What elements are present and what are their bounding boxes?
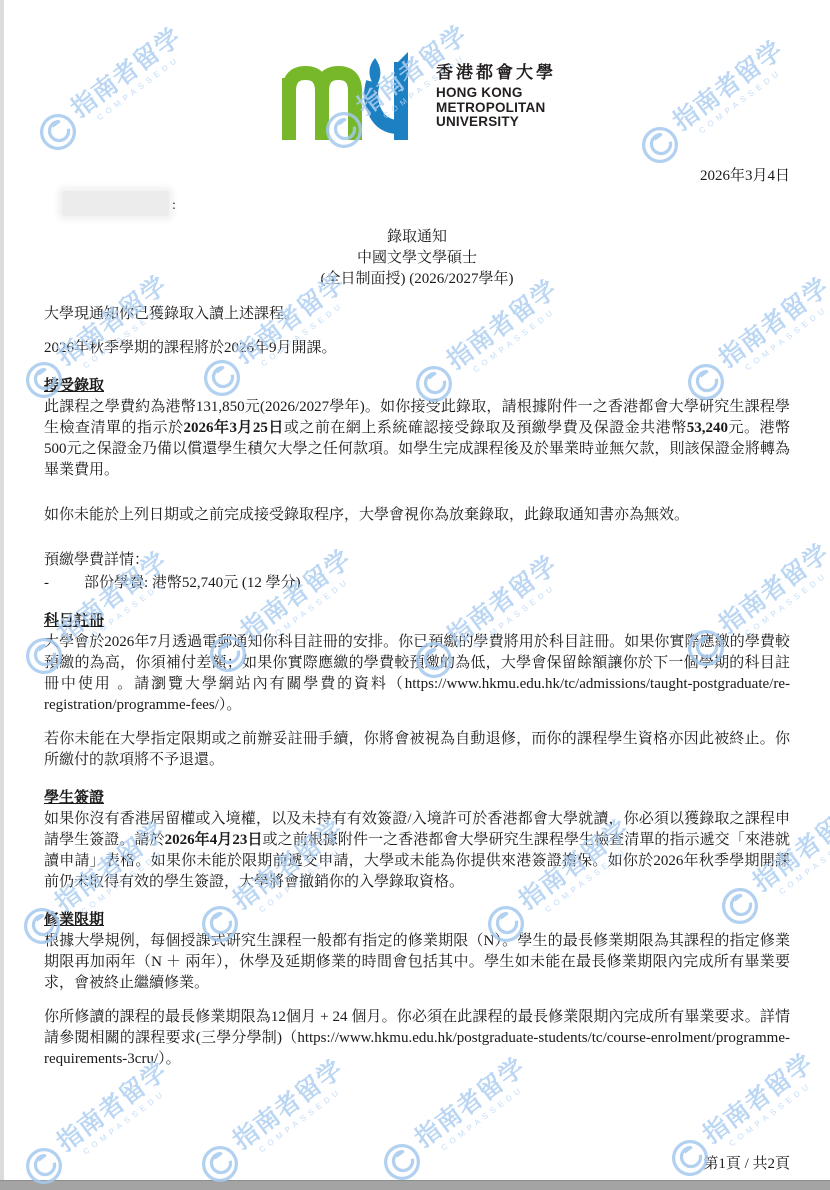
text-run-group: 大學會於2026年7月透過電郵通知你科目註冊的安排。你已預繳的學費將用於科目註冊… — [44, 634, 790, 713]
watermark-text: 指南者留学COMPASSEDU — [229, 1056, 355, 1163]
letter-date: 2026年3月4日 — [44, 166, 790, 187]
page-bottom-edge — [0, 1180, 830, 1190]
emphasized-text: 2026年3月25日 — [183, 420, 283, 436]
text-run: 科目註冊 — [44, 613, 104, 629]
emphasized-text: 2026年4月23日 — [165, 832, 263, 848]
letter-body: 大學現通知你已獲錄取入讀上述課程。2026年秋季學期的課程將於2026年9月開課… — [44, 304, 790, 1070]
text-run-group: 部份學費: 港幣52,740元 (12 學分) — [84, 573, 301, 594]
text-run: 預繳學費詳情： — [44, 552, 149, 568]
paragraph: 大學現通知你已獲錄取入讀上述課程。 — [44, 304, 790, 325]
text-run-group: 此課程之學費約為港幣131,850元(2026/2027學年)。如你接受此錄取，… — [44, 399, 790, 478]
letter-content: 2026年3月4日 : 錄取通知 中國文學文學碩士 (全日制面授) (2026/… — [0, 166, 830, 1070]
text-run-group: 接受錄取 — [44, 378, 104, 394]
text-run: 若你未能在大學指定限期或之前辦妥註冊手續，你將會被視為自動退修，而你的課程學生資… — [44, 731, 790, 768]
programme-name: 中國文學文學碩士 — [44, 248, 790, 269]
watermark-unit: 指南者留学COMPASSEDU — [192, 1055, 356, 1190]
text-run: 大學現通知你已獲錄取入讀上述課程。 — [44, 306, 299, 322]
university-header: 香港都會大學 HONG KONG METROPOLITAN UNIVERSITY — [0, 48, 830, 140]
text-run: 如你未能於上列日期或之前完成接受錄取程序，大學會視你為放棄錄取，此錄取通知書亦為… — [44, 507, 689, 523]
university-name-en-line3: UNIVERSITY — [436, 115, 556, 130]
text-run-group: 修業限期 — [44, 912, 104, 928]
text-run: 大學會於2026年7月透過電郵通知你科目註冊的安排。你已預繳的學費將用於科目註冊… — [44, 634, 790, 713]
letter-title: 錄取通知 — [44, 227, 790, 248]
university-name-en-line1: HONG KONG — [436, 86, 556, 101]
text-run-group: 你所修讀的課程的最長修業期限為12個月 + 24 個月。你必須在此課程的最長修業… — [44, 1009, 790, 1067]
watermark-text-en: COMPASSEDU — [728, 1073, 825, 1149]
text-run: 學生簽證 — [44, 790, 104, 806]
text-run-group: 科目註冊 — [44, 613, 104, 629]
paragraph: 此課程之學費約為港幣131,850元(2026/2027學年)。如你接受此錄取，… — [44, 397, 790, 481]
paragraph: 如果你沒有香港居留權或入境權，以及未持有有效簽證/入境許可於香港都會大學就讀，你… — [44, 809, 790, 893]
redacted-recipient-name — [62, 191, 169, 216]
watermark-unit: 指南者留学COMPASSEDU — [374, 1053, 538, 1190]
section-heading: 科目註冊 — [44, 611, 790, 632]
section-heading: 修業限期 — [44, 910, 790, 931]
text-run: 你所修讀的課程的最長修業期限為12個月 + 24 個月。你必須在此課程的最長修業… — [44, 1009, 790, 1067]
paragraph: 大學會於2026年7月透過電郵通知你科目註冊的安排。你已預繳的學費將用於科目註冊… — [44, 632, 790, 716]
watermark-text: 指南者留学COMPASSEDU — [411, 1054, 537, 1161]
watermark-text-en: COMPASSEDU — [82, 1081, 179, 1157]
watermark-text-cn: 指南者留学 — [229, 1056, 348, 1154]
paragraph: 若你未能在大學指定限期或之前辦妥註冊手續，你將會被視為自動退修，而你的課程學生資… — [44, 729, 790, 771]
section-heading: 接受錄取 — [44, 376, 790, 397]
list-dash: - — [44, 573, 84, 594]
watermark-text-cn: 指南者留学 — [53, 1058, 172, 1156]
paragraph: 預繳學費詳情： — [44, 550, 790, 571]
hkmu-logo-mark — [274, 48, 426, 140]
paragraph: 根據大學規例，每個授課式研究生課程一般都有指定的修業期限（N）。學生的最長修業期… — [44, 931, 790, 994]
emphasized-text: 53,240 — [687, 420, 728, 436]
paragraph: 如你未能於上列日期或之前完成接受錄取程序，大學會視你為放棄錄取，此錄取通知書亦為… — [44, 505, 790, 526]
text-run-group: 若你未能在大學指定限期或之前辦妥註冊手續，你將會被視為自動退修，而你的課程學生資… — [44, 731, 790, 768]
letter-page: 香港都會大學 HONG KONG METROPOLITAN UNIVERSITY… — [0, 0, 830, 1190]
text-run: 或之前在網上系統確認接受錄取及預繳學費及保證金共港幣 — [284, 420, 687, 436]
text-run-group: 學生簽證 — [44, 790, 104, 806]
paragraph: 你所修讀的課程的最長修業期限為12個月 + 24 個月。你必須在此課程的最長修業… — [44, 1007, 790, 1070]
text-run-group: 2026年秋季學期的課程將於2026年9月開課。 — [44, 340, 337, 356]
university-name-cn: 香港都會大學 — [436, 58, 556, 83]
text-run: 修業限期 — [44, 912, 104, 928]
text-run-group: 大學現通知你已獲錄取入讀上述課程。 — [44, 306, 299, 322]
text-run: 接受錄取 — [44, 378, 104, 394]
salutation-colon: : — [172, 195, 176, 216]
salutation-row: : — [44, 189, 790, 216]
text-run: 部份學費: 港幣52,740元 (12 學分) — [84, 575, 301, 591]
watermark-text-en: COMPASSEDU — [258, 1079, 355, 1155]
text-run-group: 如果你沒有香港居留權或入境權，以及未持有有效簽證/入境許可於香港都會大學就讀，你… — [44, 811, 790, 890]
text-run-group: 如你未能於上列日期或之前完成接受錄取程序，大學會視你為放棄錄取，此錄取通知書亦為… — [44, 507, 689, 523]
section-heading: 學生簽證 — [44, 788, 790, 809]
programme-mode-year: (全日制面授) (2026/2027學年) — [44, 269, 790, 290]
watermark-text: 指南者留学COMPASSEDU — [53, 1058, 179, 1165]
watermark-text-en: COMPASSEDU — [440, 1077, 537, 1153]
letter-title-block: 錄取通知 中國文學文學碩士 (全日制面授) (2026/2027學年) — [44, 227, 790, 290]
page-indicator: 第1頁 / 共2頁 — [703, 1152, 790, 1173]
paragraph: 2026年秋季學期的課程將於2026年9月開課。 — [44, 338, 790, 359]
text-run-group: 預繳學費詳情： — [44, 552, 149, 568]
university-name-en-line2: METROPOLITAN — [436, 101, 556, 116]
text-run: 根據大學規例，每個授課式研究生課程一般都有指定的修業期限（N）。學生的最長修業期… — [44, 933, 790, 991]
fee-list-item: -部份學費: 港幣52,740元 (12 學分) — [44, 573, 790, 594]
text-run: 2026年秋季學期的課程將於2026年9月開課。 — [44, 340, 337, 356]
watermark-unit: 指南者留学COMPASSEDU — [16, 1057, 180, 1190]
text-run-group: 根據大學規例，每個授課式研究生課程一般都有指定的修業期限（N）。學生的最長修業期… — [44, 933, 790, 991]
university-name-block: 香港都會大學 HONG KONG METROPOLITAN UNIVERSITY — [436, 58, 556, 130]
